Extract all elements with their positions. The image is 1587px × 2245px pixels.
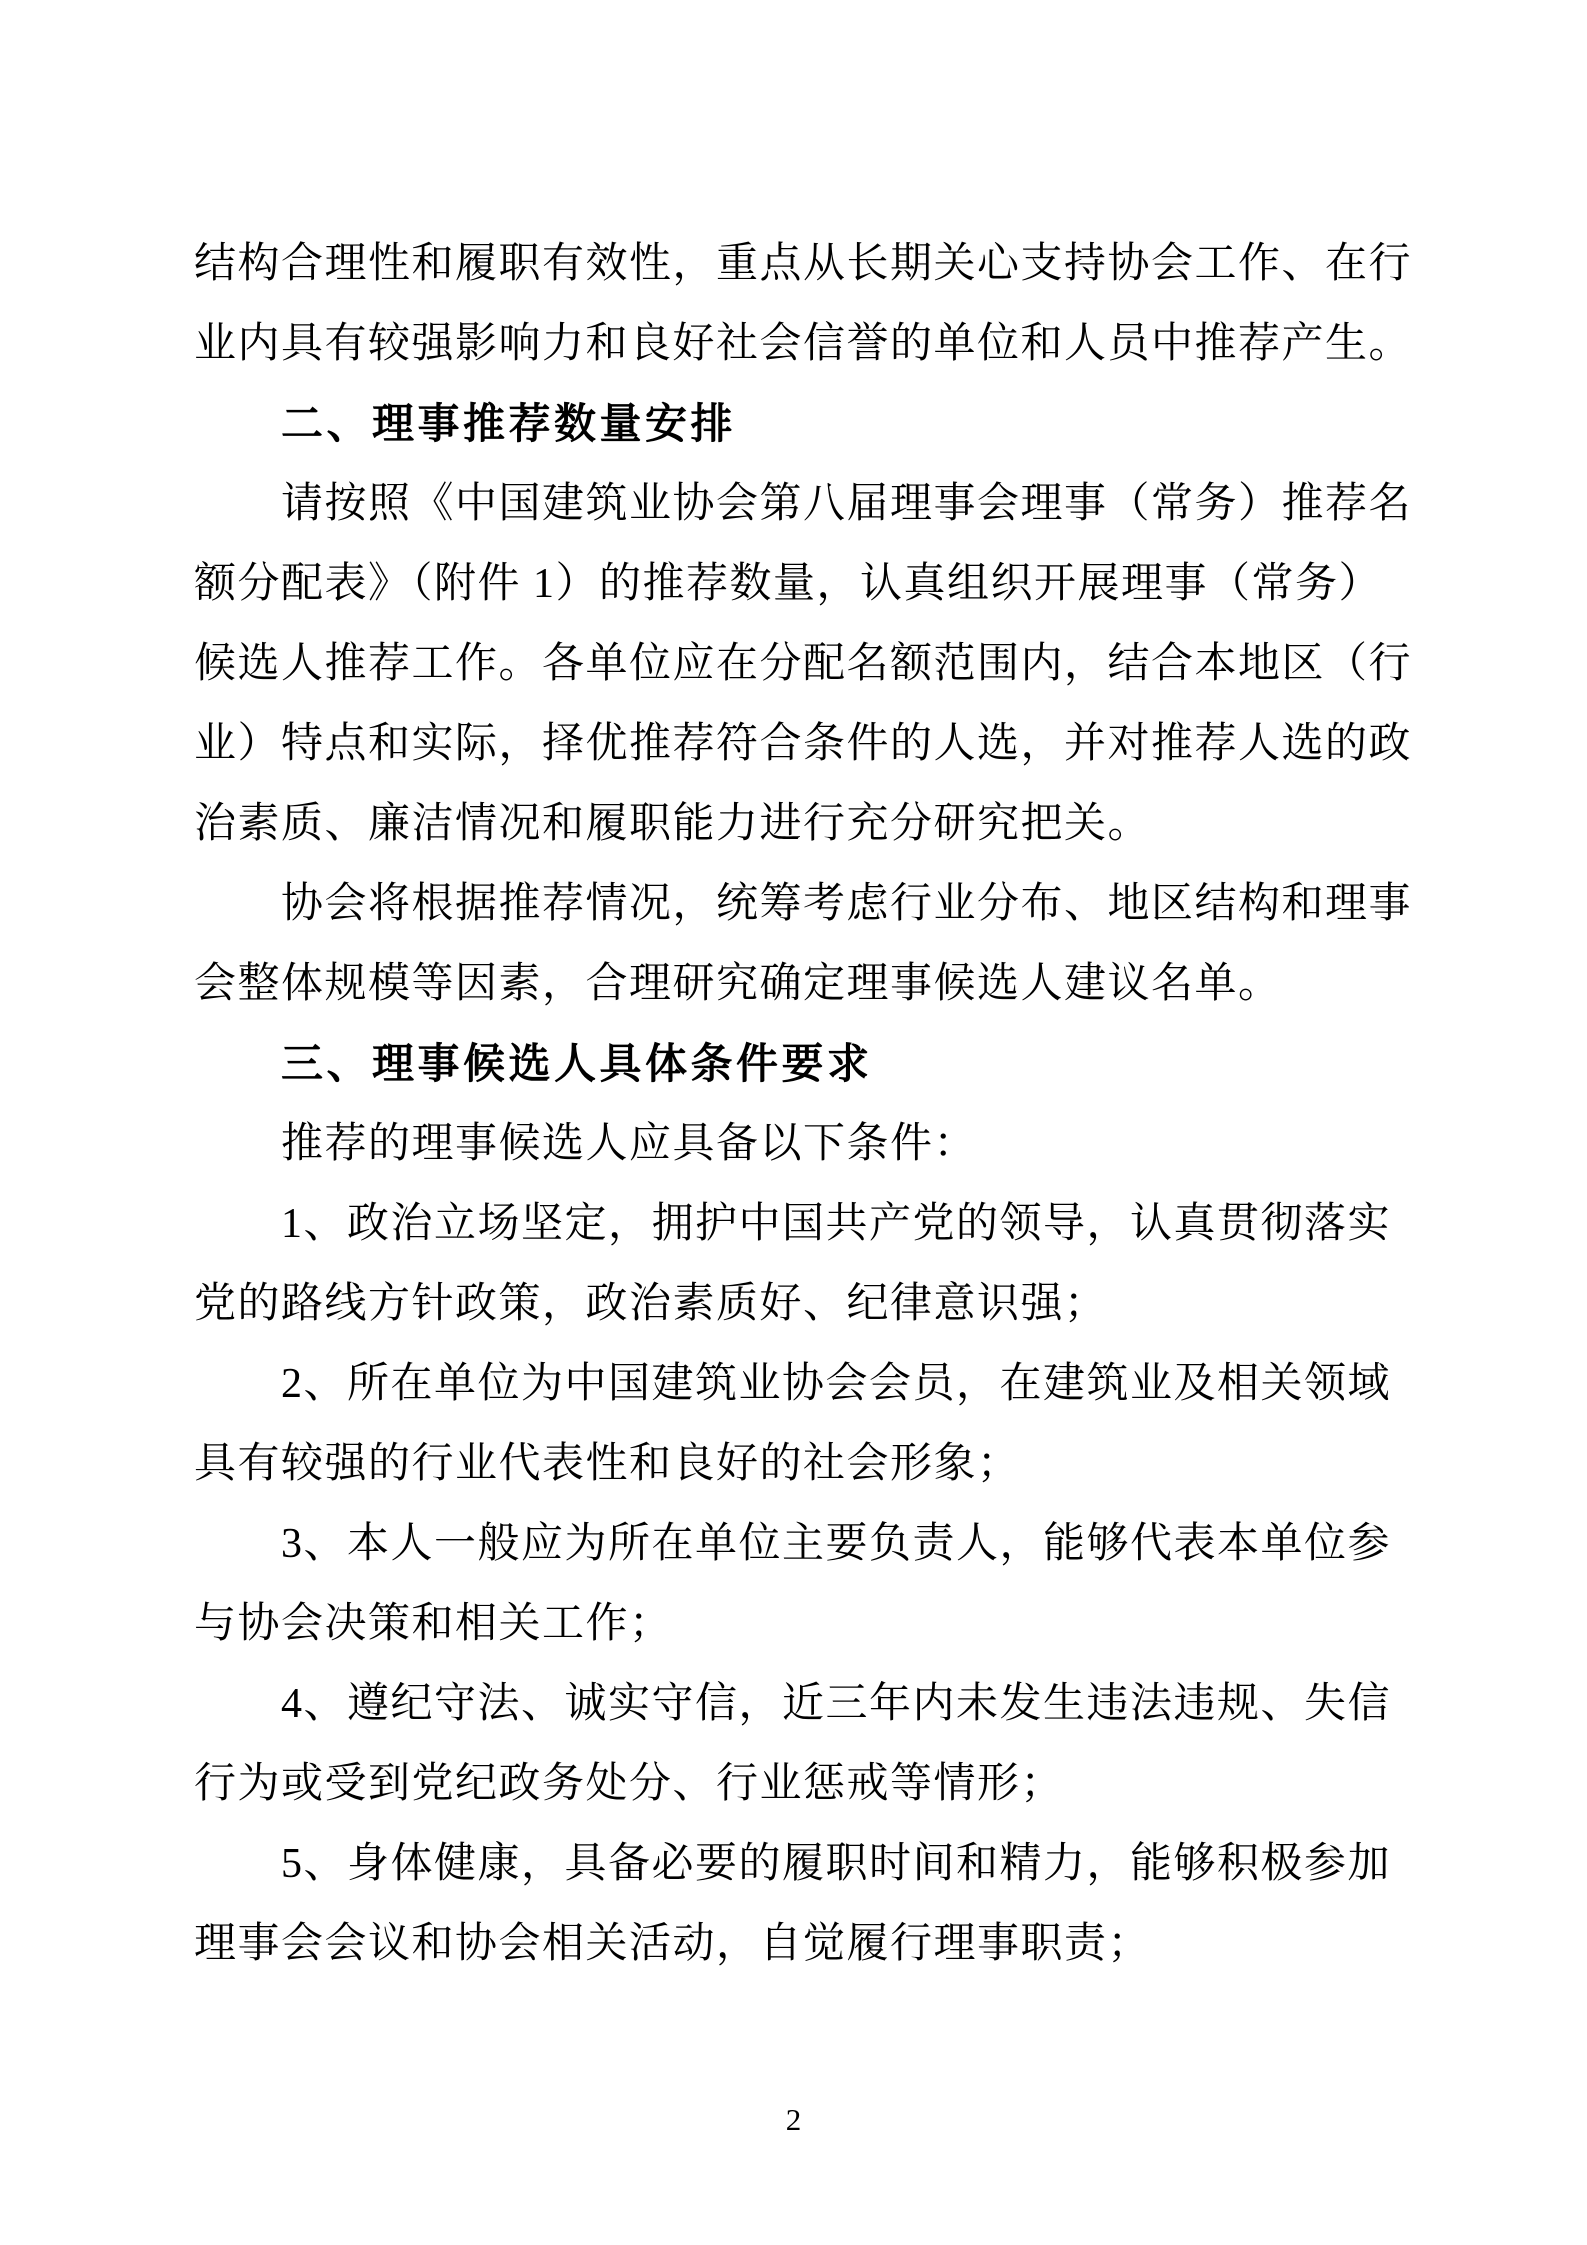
text-line: 额分配表》（附件 1）的推荐数量，认真组织开展理事（常务） [194, 544, 1416, 624]
section-heading: 二、理事推荐数量安排 [194, 384, 1416, 464]
text-line: 请按照《中国建筑业协会第八届理事会理事（常务）推荐名 [194, 464, 1416, 544]
document-body: 结构合理性和履职有效性，重点从长期关心支持协会工作、在行 业内具有较强影响力和良… [194, 224, 1416, 1984]
text-line: 理事会会议和协会相关活动，自觉履行理事职责； [194, 1904, 1416, 1984]
list-item-line: 1、政治立场坚定，拥护中国共产党的领导，认真贯彻落实 [194, 1184, 1416, 1264]
text-line: 业内具有较强影响力和良好社会信誉的单位和人员中推荐产生。 [194, 304, 1416, 384]
text-line: 治素质、廉洁情况和履职能力进行充分研究把关。 [194, 784, 1416, 864]
list-item-line: 2、所在单位为中国建筑业协会会员，在建筑业及相关领域 [194, 1344, 1416, 1424]
text-line: 推荐的理事候选人应具备以下条件： [194, 1104, 1416, 1184]
list-item-line: 3、本人一般应为所在单位主要负责人，能够代表本单位参 [194, 1504, 1416, 1584]
text-line: 具有较强的行业代表性和良好的社会形象； [194, 1424, 1416, 1504]
text-line: 候选人推荐工作。各单位应在分配名额范围内，结合本地区（行 [194, 624, 1416, 704]
list-item-line: 5、身体健康，具备必要的履职时间和精力，能够积极参加 [194, 1824, 1416, 1904]
section-heading: 三、理事候选人具体条件要求 [194, 1024, 1416, 1104]
text-line: 业）特点和实际，择优推荐符合条件的人选，并对推荐人选的政 [194, 704, 1416, 784]
page-number: 2 [0, 2100, 1587, 2140]
text-line: 行为或受到党纪政务处分、行业惩戒等情形； [194, 1744, 1416, 1824]
text-line: 与协会决策和相关工作； [194, 1584, 1416, 1664]
text-line: 结构合理性和履职有效性，重点从长期关心支持协会工作、在行 [194, 224, 1416, 304]
text-line: 协会将根据推荐情况，统筹考虑行业分布、地区结构和理事 [194, 864, 1416, 944]
text-line: 党的路线方针政策，政治素质好、纪律意识强； [194, 1264, 1416, 1344]
text-line: 会整体规模等因素，合理研究确定理事候选人建议名单。 [194, 944, 1416, 1024]
document-page: 结构合理性和履职有效性，重点从长期关心支持协会工作、在行 业内具有较强影响力和良… [0, 0, 1587, 2245]
list-item-line: 4、遵纪守法、诚实守信，近三年内未发生违法违规、失信 [194, 1664, 1416, 1744]
